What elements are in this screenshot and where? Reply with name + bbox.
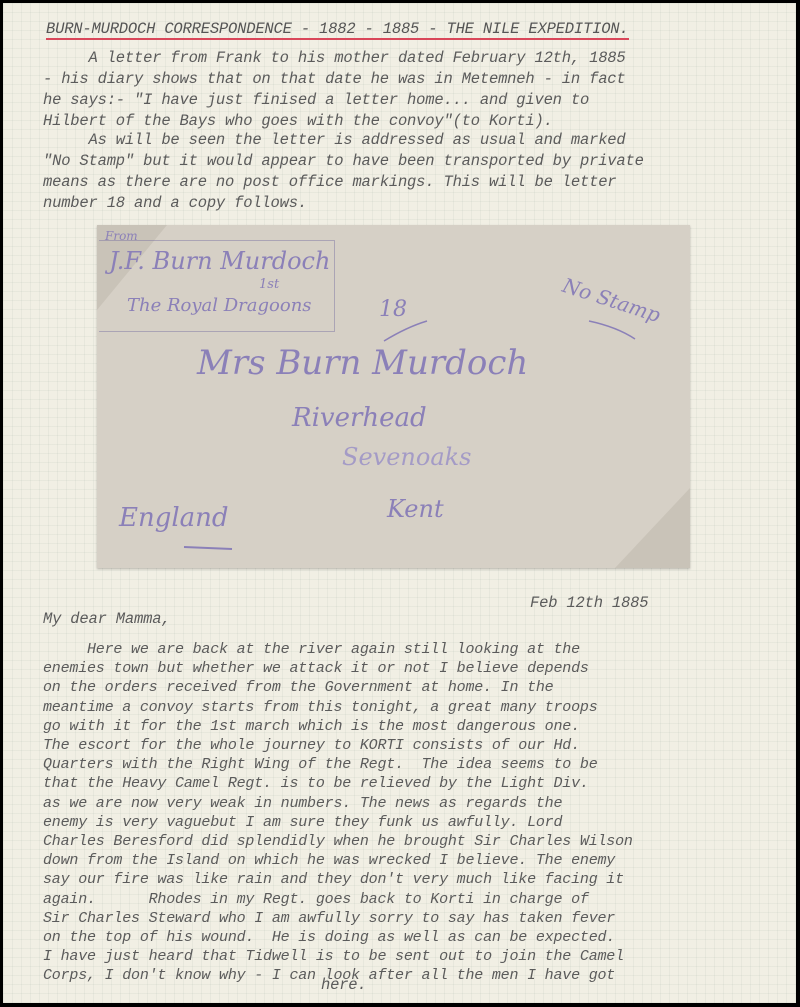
letter-date: Feb 12th 1885	[530, 594, 648, 612]
album-page: BURN-MURDOCH CORRESPONDENCE - 1882 - 188…	[3, 3, 796, 1003]
marking-underline	[587, 315, 647, 345]
intro-paragraph-1: A letter from Frank to his mother dated …	[43, 48, 783, 132]
sender-regiment: The Royal Dragoons	[127, 295, 312, 316]
addressee-name: Mrs Burn Murdoch	[197, 343, 528, 383]
sender-connector: 1st	[259, 277, 279, 292]
intro-paragraph-2: As will be seen the letter is addressed …	[43, 130, 783, 214]
address-line-3: Kent	[387, 495, 444, 523]
underline-stroke	[382, 315, 432, 345]
sender-prefix: From	[105, 229, 138, 243]
address-country: England	[119, 503, 229, 533]
page-title: BURN-MURDOCH CORRESPONDENCE - 1882 - 188…	[46, 20, 629, 40]
country-underline	[182, 543, 242, 553]
letter-salutation: My dear Mamma,	[43, 610, 170, 628]
photo-corner-bottom-right	[615, 488, 690, 568]
address-line-2: Sevenoaks	[342, 443, 471, 471]
envelope-image: From J.F. Burn Murdoch 1st The Royal Dra…	[97, 225, 690, 568]
address-line-1: Riverhead	[292, 403, 427, 433]
sender-name: J.F. Burn Murdoch	[109, 247, 330, 275]
letter-body: Here we are back at the river again stil…	[43, 640, 800, 986]
letter-closing: here.	[321, 976, 367, 994]
